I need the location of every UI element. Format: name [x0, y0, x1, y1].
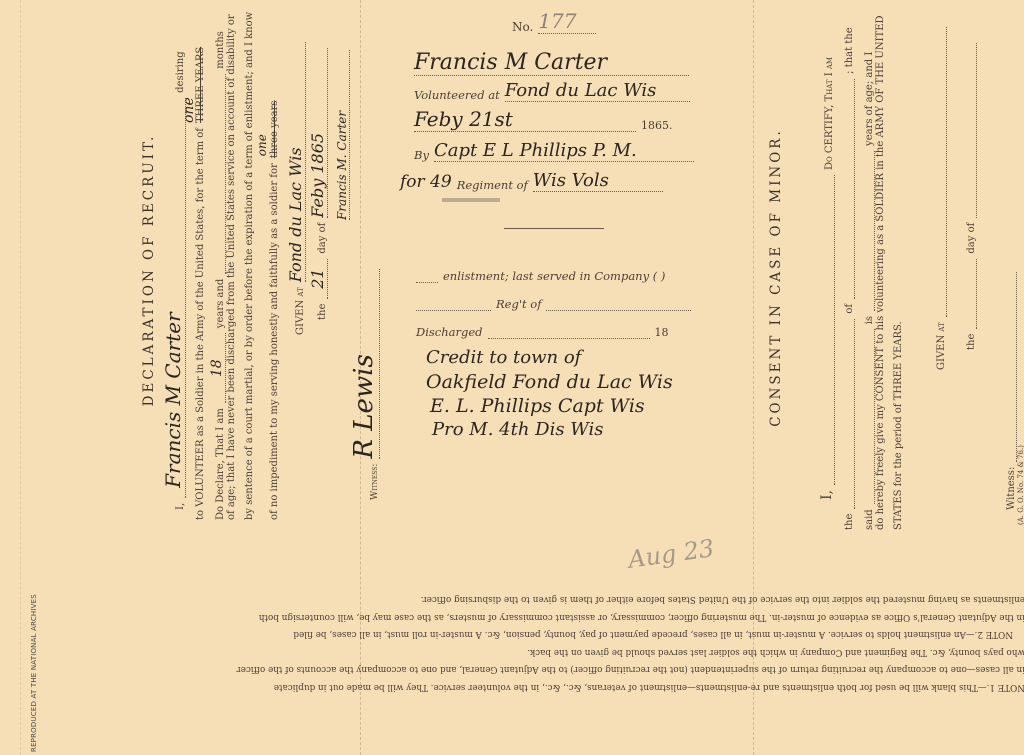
- consent-witness-field: [1016, 272, 1017, 462]
- notes-section: NOTE 1.—This blank will be used for both…: [335, 575, 1024, 695]
- consent-section: CONSENT IN CASE OF MINOR. I, Do CERTIFY,…: [765, 25, 1024, 530]
- of-label: of: [844, 304, 855, 314]
- declare-label: Do Declare, That I am: [215, 408, 226, 520]
- given-month-year: Feby 1865: [308, 48, 328, 218]
- is-label: is: [864, 316, 875, 324]
- the-label: the: [844, 514, 855, 530]
- note-line: enlistments as having mustered the soldi…: [335, 590, 1024, 608]
- note-line: in all cases—one to accompany the recrui…: [335, 660, 1024, 678]
- recruiting-officer: Capt E L Phillips P. M.: [434, 140, 694, 162]
- ink-smudge: [442, 198, 500, 202]
- relation-field: [854, 319, 855, 509]
- credit-line: E. L. Phillips Capt Wis: [430, 395, 750, 419]
- regt-of-field: [546, 310, 691, 311]
- declaration-line3: of age; that I have never been discharge…: [226, 20, 244, 520]
- years-struck: three years: [269, 100, 280, 158]
- consent-day-of-label: day of: [966, 223, 977, 254]
- note-line: NOTE 1.—This blank will be used for both…: [335, 678, 1024, 696]
- given-at-label: GIVEN at: [295, 287, 306, 335]
- i-label: I,: [175, 503, 186, 510]
- credit-line: Pro M. 4th Dis Wis: [432, 419, 750, 443]
- fold-line: [20, 0, 21, 755]
- consent-month-field: [976, 43, 977, 218]
- regiment-state: Wis Vols: [533, 170, 663, 192]
- consent-heading: CONSENT IN CASE OF MINOR.: [768, 128, 784, 427]
- declaration-heading: DECLARATION OF RECRUIT.: [141, 134, 157, 407]
- consent-name-field: [834, 175, 835, 485]
- consent-line: do hereby freely give my CONSENT to his …: [875, 25, 893, 530]
- months-label: months: [215, 31, 226, 69]
- enlistment-label: enlistment; last served in Company ( ): [443, 269, 665, 283]
- said-label: said: [864, 509, 875, 530]
- consent-i-label: I,: [819, 490, 835, 500]
- credit-line: Credit to town of: [426, 347, 750, 371]
- volunteered-date: Feby 21st: [414, 107, 636, 132]
- recruit-name: Francis M Carter: [161, 98, 186, 498]
- regiment-number: for 49: [400, 172, 452, 192]
- desiring-label: desiring: [175, 51, 186, 92]
- volunteered-at-place: Fond du Lac Wis: [505, 80, 690, 102]
- consent-day-field: [976, 259, 977, 329]
- declaration-line4: by sentence of a court martial, or by or…: [244, 20, 262, 520]
- credit-notes: Credit to town of Oakfield Fond du Lac W…: [426, 347, 750, 443]
- that-the-label: ; that the: [844, 27, 855, 74]
- term-hand: one: [181, 97, 197, 123]
- archive-stamp: REPRODUCED AT THE NATIONAL ARCHIVES: [30, 594, 38, 752]
- discharged-year: 18: [655, 326, 669, 339]
- credit-line: Oakfield Fond du Lac Wis: [426, 371, 750, 395]
- pencil-note: Aug 23: [626, 534, 715, 574]
- discharged-label: Discharged: [416, 325, 483, 339]
- regiment-of-label: Regiment of: [457, 178, 528, 192]
- enlistment-field: [416, 282, 438, 283]
- form-code: (A. G. O. No. 74 & 76.): [1017, 25, 1024, 525]
- note-line: NOTE 2.—An enlistment holds to service. …: [335, 625, 1024, 643]
- witness-label: Witness:: [370, 464, 380, 500]
- volunteered-year: 1865.: [641, 119, 673, 132]
- by-label: By: [414, 148, 429, 162]
- witness-signature: R Lewis: [349, 269, 380, 459]
- declaration-line1: to VOLUNTEER as a Soldier in the Army of…: [195, 128, 206, 520]
- consent-given-at-field: [946, 27, 947, 317]
- given-at-place: Fond du Lac Wis: [286, 42, 306, 282]
- the-label: the: [317, 304, 328, 320]
- form-number: 177: [538, 9, 596, 34]
- declaration-line5: of no impediment to my serving honestly …: [269, 163, 280, 520]
- regt-of-label: Reg't of: [496, 297, 541, 311]
- note-line: in the Adjutant General's Office as evid…: [335, 608, 1024, 626]
- note-line: who pays bounty, &c. The Regiment and Co…: [335, 643, 1024, 661]
- the-day-label: the: [966, 334, 977, 350]
- day-of-label: day of: [317, 223, 328, 254]
- states-line: STATES for the period of THREE YEARS.: [893, 25, 919, 530]
- age-years: 18: [209, 333, 226, 403]
- enlistment-document: REPRODUCED AT THE NATIONAL ARCHIVES DECL…: [0, 0, 1024, 755]
- given-day: 21: [308, 259, 328, 299]
- volunteered-at-label: Volunteered at: [414, 88, 500, 102]
- volunteer-name: Francis M Carter: [414, 50, 689, 76]
- years-and-label: years and: [215, 279, 226, 328]
- discharged-field: [488, 338, 650, 339]
- number-label: No.: [512, 20, 533, 34]
- recruit-signature: Francis M. Carter: [335, 50, 350, 220]
- years-hand: one: [255, 134, 269, 156]
- consent-given-at-label: GIVEN at: [936, 322, 947, 370]
- declaration-section: DECLARATION OF RECRUIT. I, Francis M Car…: [138, 20, 380, 520]
- volunteer-section: No. 177 Francis M Carter Volunteered at …: [400, 10, 750, 443]
- consent-witness-label: Witness:: [1006, 467, 1017, 510]
- certify-label: Do CERTIFY, That I am: [824, 57, 835, 170]
- regt-field: [416, 310, 491, 311]
- years-of-age-label: years of age; and I: [864, 52, 875, 146]
- minor-name-field: [854, 79, 855, 299]
